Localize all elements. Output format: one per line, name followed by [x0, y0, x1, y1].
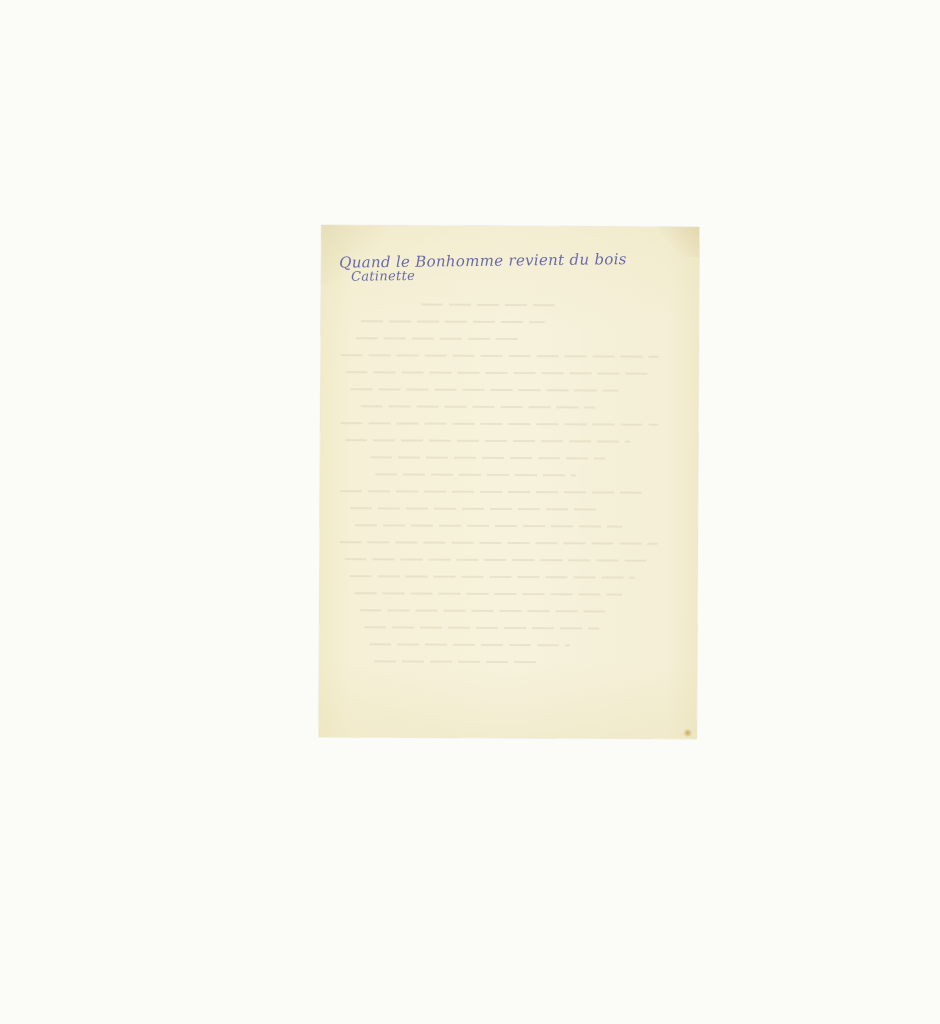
bleed-line — [360, 405, 595, 408]
bleed-line — [374, 660, 542, 663]
bleed-line — [370, 456, 605, 459]
bleed-line — [421, 304, 555, 307]
bleed-line — [346, 371, 648, 375]
page: Quand le Bonhomme revient du bois Catine… — [0, 0, 940, 1024]
bleed-line — [354, 592, 622, 595]
bleed-through-text — [339, 303, 676, 679]
bleed-line — [375, 473, 576, 476]
bleed-line — [359, 609, 610, 612]
bleed-line — [356, 337, 524, 340]
bleed-line — [350, 507, 601, 510]
bleed-line — [340, 490, 642, 494]
bleed-line — [350, 388, 618, 391]
bleed-line — [364, 626, 599, 629]
bleed-line — [369, 643, 570, 646]
bleed-line — [340, 541, 658, 545]
manuscript-sheet: Quand le Bonhomme revient du bois Catine… — [319, 225, 700, 739]
paper-stain — [683, 729, 693, 737]
bleed-line — [341, 354, 659, 358]
bleed-line — [345, 439, 630, 442]
bleed-line — [345, 558, 647, 562]
corner-fold-right — [659, 227, 699, 257]
bleed-line — [349, 575, 634, 578]
bleed-line — [340, 422, 658, 426]
handwritten-subtitle: Catinette — [351, 269, 415, 285]
bleed-line — [361, 320, 545, 323]
bleed-line — [355, 524, 623, 527]
